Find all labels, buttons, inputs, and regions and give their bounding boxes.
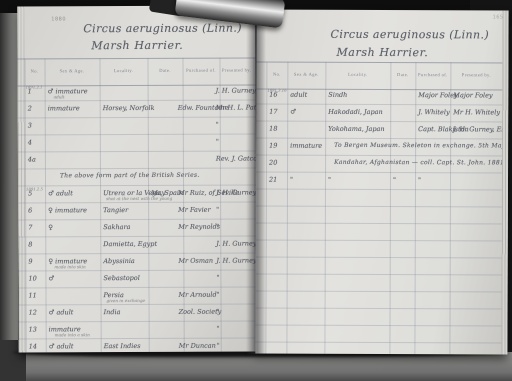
cell-specimen-number: 21: [269, 176, 277, 184]
cell-locality: ": [328, 176, 331, 184]
scanned-register-photo: 1880 Circus aeruginosus (Linn.) Marsh Ha…: [0, 0, 512, 381]
cell-specimen-number: 1: [28, 87, 32, 95]
register-row: [256, 275, 508, 293]
cell-locality: Hakodadi, Japan: [328, 108, 383, 116]
cell-specimen-number: 9: [28, 257, 32, 265]
register-row: [256, 241, 508, 259]
cell-sex-age: adult: [290, 91, 307, 99]
cell-date: May: [151, 189, 165, 197]
cell-sex-age: ♂: [48, 274, 54, 282]
column-header-sex-age: Sex & Age.: [287, 72, 325, 77]
cell-presented-by: ": [216, 274, 219, 282]
cell-purchased-of: Mr Favier: [178, 206, 211, 214]
cell-specimen-number: 17: [269, 108, 277, 116]
cell-presented-by: ": [216, 223, 219, 231]
cell-sex-age: ♂: [290, 108, 296, 116]
column-header-no: No.: [25, 68, 45, 73]
register-row: [255, 326, 507, 344]
cell-presented-by: ": [217, 325, 220, 333]
table-surface-left: [0, 0, 18, 381]
cell-sex-age: ": [290, 176, 293, 184]
column-header-presented: Presented by.: [450, 72, 502, 77]
cell-locality: India: [104, 308, 121, 316]
register-row: [255, 309, 507, 327]
cell-purchased-of: Zool. Society: [179, 308, 222, 316]
cell-locality: Tangier: [103, 206, 128, 214]
cell-specimen-number: 4: [28, 138, 32, 146]
cell-locality: Abyssinia: [103, 257, 134, 265]
cell-specimen-number: 16: [269, 91, 277, 99]
cell-sex-age-note: made into skin: [54, 264, 85, 269]
register-row: 3 ": [18, 117, 256, 135]
register-row: 1891.2.5 5 ♂ adult Utrera or la Vega, Sp…: [18, 185, 256, 203]
register-row: 1891.2.1 1 ♂ immature adult J. H. Gurney…: [18, 83, 256, 101]
register-row: 11 Persia given in exchange Mr Arnould ": [18, 287, 256, 305]
register-row: [256, 190, 508, 208]
table-header: No. Sex & Age. Locality. Date. Purchased…: [256, 62, 508, 91]
cell-specimen-number: 10: [28, 274, 36, 282]
common-name-title: Marsh Harrier.: [91, 39, 183, 52]
right-page: 165 Circus aeruginosus (Linn.) Marsh Har…: [255, 10, 508, 355]
cell-presented-by: ": [216, 121, 219, 129]
cell-date: ": [393, 176, 396, 184]
cell-presented-by: ": [216, 291, 219, 299]
cell-specimen-number: 2: [28, 104, 32, 112]
register-row: 20 Kandahar, Afghanistan — coll. Capt. S…: [256, 156, 508, 174]
cell-presented-by: ": [216, 206, 219, 214]
column-header-no: No.: [266, 72, 287, 77]
cell-sex-age: immature: [48, 104, 80, 112]
cell-purchased-of: Mr Duncan: [179, 342, 216, 350]
cell-specimen-number: 18: [269, 125, 277, 133]
cell-specimen-number: 5: [28, 189, 32, 197]
register-row: 2 immature Horsey, Norfolk Edw. Fountain…: [18, 100, 256, 118]
cell-specimen-number: 8: [28, 240, 32, 248]
cell-locality-note: given in exchange: [107, 298, 146, 303]
cell-presented-by: ": [217, 342, 220, 350]
cell-purchased-of: Mr Arnould: [178, 291, 216, 299]
register-row: 10 ♂ Sebastopol ": [18, 270, 256, 288]
register-row: [256, 258, 508, 276]
cell-locality: Sebastopol: [103, 274, 139, 282]
register-row: 8 Damietta, Egypt J. H. Gurney, Jun., Es…: [18, 236, 256, 254]
cell-presented-by: ": [216, 138, 219, 146]
cell-specimen-number: 6: [28, 206, 32, 214]
cell-specimen-number: 20: [269, 159, 277, 167]
cell-sex-age: ♀: [48, 223, 53, 231]
register-row: 4 ": [18, 134, 256, 152]
cell-annotation: The above form part of the British Serie…: [60, 172, 200, 180]
register-row: 17 ♂ Hakodadi, Japan J. Whitely Mr H. Wh…: [256, 105, 508, 123]
cell-specimen-number: 12: [29, 308, 37, 316]
cell-specimen-number: 19: [269, 142, 277, 150]
species-title: Circus aeruginosus (Linn.): [83, 22, 242, 36]
cell-locality: Damietta, Egypt: [103, 240, 157, 248]
cell-presented-by: Mr H. Whitely: [453, 108, 500, 116]
column-header-date: Date.: [390, 72, 415, 77]
cell-annotation: Kandahar, Afghanistan — coll. Capt. St. …: [334, 159, 506, 167]
cell-presented-by: J. H. Gurney, Esq: [453, 125, 508, 133]
register-row: 19 immature To Bergen Museum. Skeleton i…: [256, 139, 508, 157]
cell-sex-age: ♂ adult: [49, 308, 74, 316]
register-row: 18 Yokohama, Japan Capt. Blakiston J. H.…: [256, 122, 508, 140]
cell-purchased-of: Major Foley: [418, 91, 457, 99]
cell-specimen-number: 14: [29, 342, 37, 350]
register-row: 7 ♀ Sakhara Mr Reynolds ": [18, 219, 256, 237]
register-row: [256, 224, 508, 242]
register-row: 4a Rev. J. Gatcombe: [18, 151, 256, 169]
cell-locality: Sindh: [328, 91, 347, 99]
pencil-year-mark: 1880: [51, 16, 66, 22]
register-row: [256, 207, 508, 225]
cell-specimen-number: 4a: [28, 155, 36, 163]
cell-specimen-number: 13: [29, 325, 37, 333]
column-header-purchased: Purchased of.: [415, 72, 450, 77]
register-rows: 1891.2.1 1 ♂ immature adult J. H. Gurney…: [18, 83, 257, 352]
register-row: 13 immature made into a skin ": [19, 321, 257, 339]
cell-purchased-of: J. Whitely: [418, 108, 449, 116]
book-gutter: [246, 4, 266, 354]
species-title: Circus aeruginosus (Linn.): [330, 28, 489, 42]
pencil-folio-mark: 165: [493, 14, 504, 20]
cell-sex-age-note: adult: [54, 94, 65, 99]
common-name-title: Marsh Harrier.: [336, 46, 428, 59]
cell-specimen-number: 3: [28, 121, 32, 129]
cell-sex-age: ♂ adult: [49, 342, 74, 350]
cell-sex-age: ♂ adult: [48, 189, 73, 197]
register-row: The above form part of the British Serie…: [18, 168, 256, 186]
cell-locality: East Indies: [104, 342, 141, 350]
column-header-date: Date.: [148, 68, 183, 73]
cell-purchased-of: Mr Reynolds: [178, 223, 220, 231]
left-page: 1880 Circus aeruginosus (Linn.) Marsh Ha…: [17, 5, 257, 352]
cell-locality: Sakhara: [103, 223, 130, 231]
cell-presented-by: Major Foley: [453, 91, 492, 99]
column-rule: [501, 62, 503, 354]
register-row: 6 ♀ immature Tangier Mr Favier ": [18, 202, 256, 220]
cell-locality: Yokohama, Japan: [328, 125, 384, 133]
register-row: 1891.3.16 16 adult Sindh Major Foley Maj…: [256, 88, 508, 106]
register-row: 14 ♂ adult East Indies Mr Duncan ": [19, 338, 257, 352]
column-header-locality: Locality.: [325, 72, 390, 77]
register-row: 21 " " " ": [256, 173, 508, 191]
cell-purchased-of: Mr Osman: [178, 257, 213, 265]
register-row: 9 ♀ immature made into skin Abyssinia Mr…: [18, 253, 256, 271]
column-header-purchased: Purchased of.: [183, 68, 220, 73]
cell-specimen-number: 11: [28, 291, 36, 299]
cell-presented-by: ": [217, 308, 220, 316]
cell-sex-age: ♀ immature: [48, 206, 87, 214]
cell-sex-age-note: made into a skin: [55, 332, 90, 337]
cell-specimen-number: 7: [28, 223, 32, 231]
cell-locality: Horsey, Norfolk: [103, 104, 155, 112]
register-rows: 1891.3.16 16 adult Sindh Major Foley Maj…: [255, 88, 508, 344]
column-header-sex-age: Sex & Age.: [45, 68, 100, 73]
cell-annotation: To Bergen Museum. Skeleton in exchange. …: [334, 142, 508, 150]
column-header-locality: Locality.: [100, 68, 148, 73]
cell-sex-age: immature: [290, 142, 322, 150]
cell-purchased-of: ": [418, 176, 421, 184]
register-row: [256, 292, 508, 310]
register-row: 12 ♂ adult India Zool. Society ": [19, 304, 257, 322]
